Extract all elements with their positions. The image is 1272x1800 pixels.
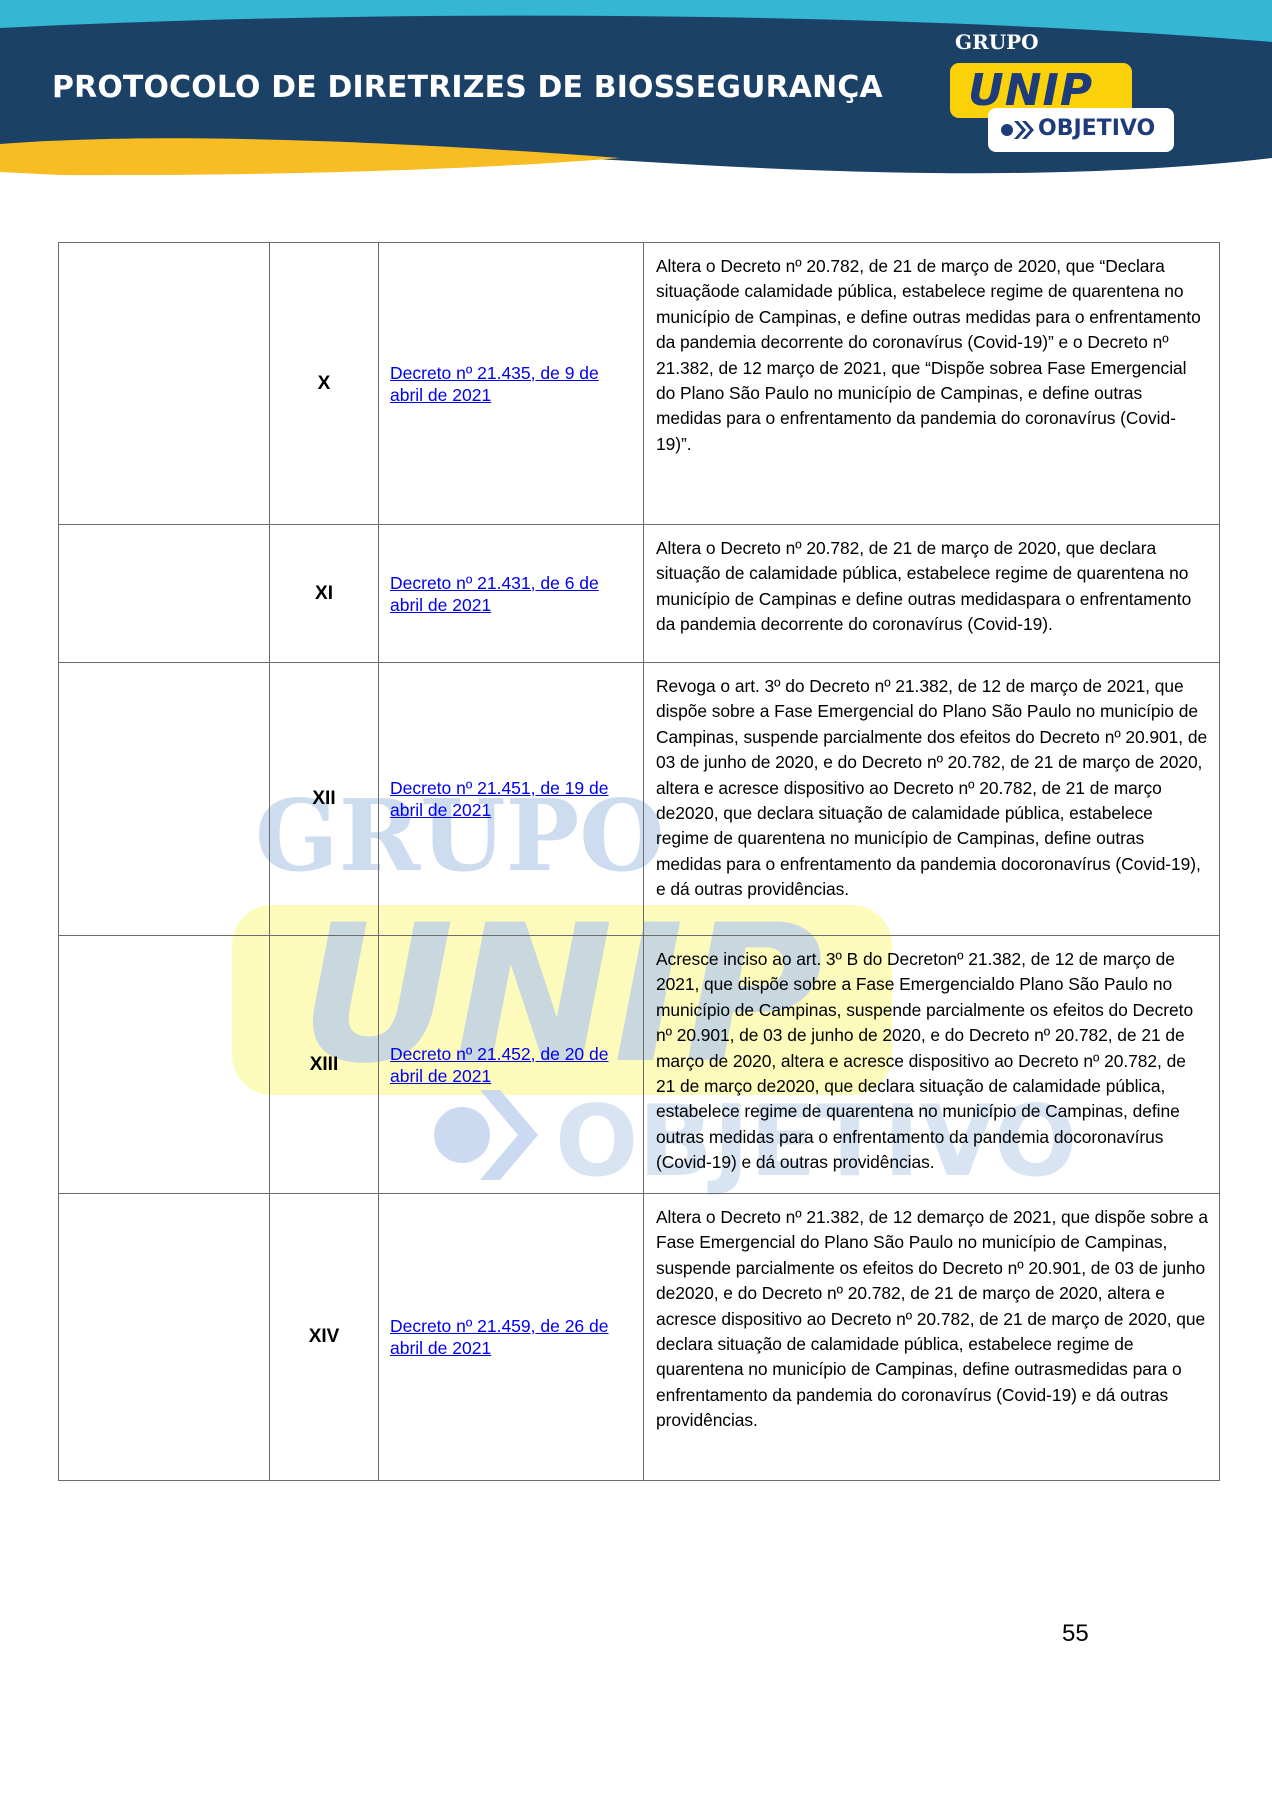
table-row: XIII Decreto nº 21.452, de 20 de abril d…: [59, 936, 1220, 1194]
document-title: PROTOCOLO DE DIRETRIZES DE BIOSSEGURANÇA: [52, 70, 883, 105]
decree-link[interactable]: Decreto nº 21.459, de 26 de abril de 202…: [390, 1316, 609, 1358]
decree-description: Altera o Decreto nº 20.782, de 21 de mar…: [644, 525, 1220, 663]
decree-link-cell: Decreto nº 21.431, de 6 de abril de 2021: [379, 525, 644, 663]
page-number: 55: [1062, 1620, 1089, 1648]
decree-description: Acresce inciso ao art. 3º B do Decretonº…: [644, 936, 1220, 1194]
decree-table: X Decreto nº 21.435, de 9 de abril de 20…: [58, 242, 1220, 1481]
decree-link[interactable]: Decreto nº 21.431, de 6 de abril de 2021: [390, 573, 599, 615]
blank-cell: [59, 243, 270, 525]
decree-link[interactable]: Decreto nº 21.435, de 9 de abril de 2021: [390, 363, 599, 405]
decree-description: Altera o Decreto nº 21.382, de 12 demarç…: [644, 1194, 1220, 1481]
blank-cell: [59, 936, 270, 1194]
decree-link[interactable]: Decreto nº 21.451, de 19 de abril de 202…: [390, 778, 609, 820]
table-row: XII Decreto nº 21.451, de 19 de abril de…: [59, 663, 1220, 936]
blank-cell: [59, 1194, 270, 1481]
objetivo-symbol-icon: [1000, 119, 1034, 141]
blank-cell: [59, 525, 270, 663]
row-number: XII: [270, 663, 379, 936]
decree-description: Revoga o art. 3º do Decreto nº 21.382, d…: [644, 663, 1220, 936]
decree-description: Altera o Decreto nº 20.782, de 21 de mar…: [644, 243, 1220, 525]
blank-cell: [59, 663, 270, 936]
table-row: XI Decreto nº 21.431, de 6 de abril de 2…: [59, 525, 1220, 663]
logo-grupo-text: GRUPO: [955, 30, 1039, 54]
logo-objetivo-text: OBJETIVO: [1038, 116, 1155, 141]
decree-link[interactable]: Decreto nº 21.452, de 20 de abril de 202…: [390, 1044, 609, 1086]
row-number: XI: [270, 525, 379, 663]
decree-link-cell: Decreto nº 21.435, de 9 de abril de 2021: [379, 243, 644, 525]
row-number: X: [270, 243, 379, 525]
row-number: XIV: [270, 1194, 379, 1481]
decree-link-cell: Decreto nº 21.459, de 26 de abril de 202…: [379, 1194, 644, 1481]
decree-link-cell: Decreto nº 21.452, de 20 de abril de 202…: [379, 936, 644, 1194]
logo-objetivo-badge: OBJETIVO: [988, 108, 1174, 152]
table-row: X Decreto nº 21.435, de 9 de abril de 20…: [59, 243, 1220, 525]
row-number: XIII: [270, 936, 379, 1194]
header-banner: PROTOCOLO DE DIRETRIZES DE BIOSSEGURANÇA…: [0, 0, 1272, 190]
decree-link-cell: Decreto nº 21.451, de 19 de abril de 202…: [379, 663, 644, 936]
table-row: XIV Decreto nº 21.459, de 26 de abril de…: [59, 1194, 1220, 1481]
